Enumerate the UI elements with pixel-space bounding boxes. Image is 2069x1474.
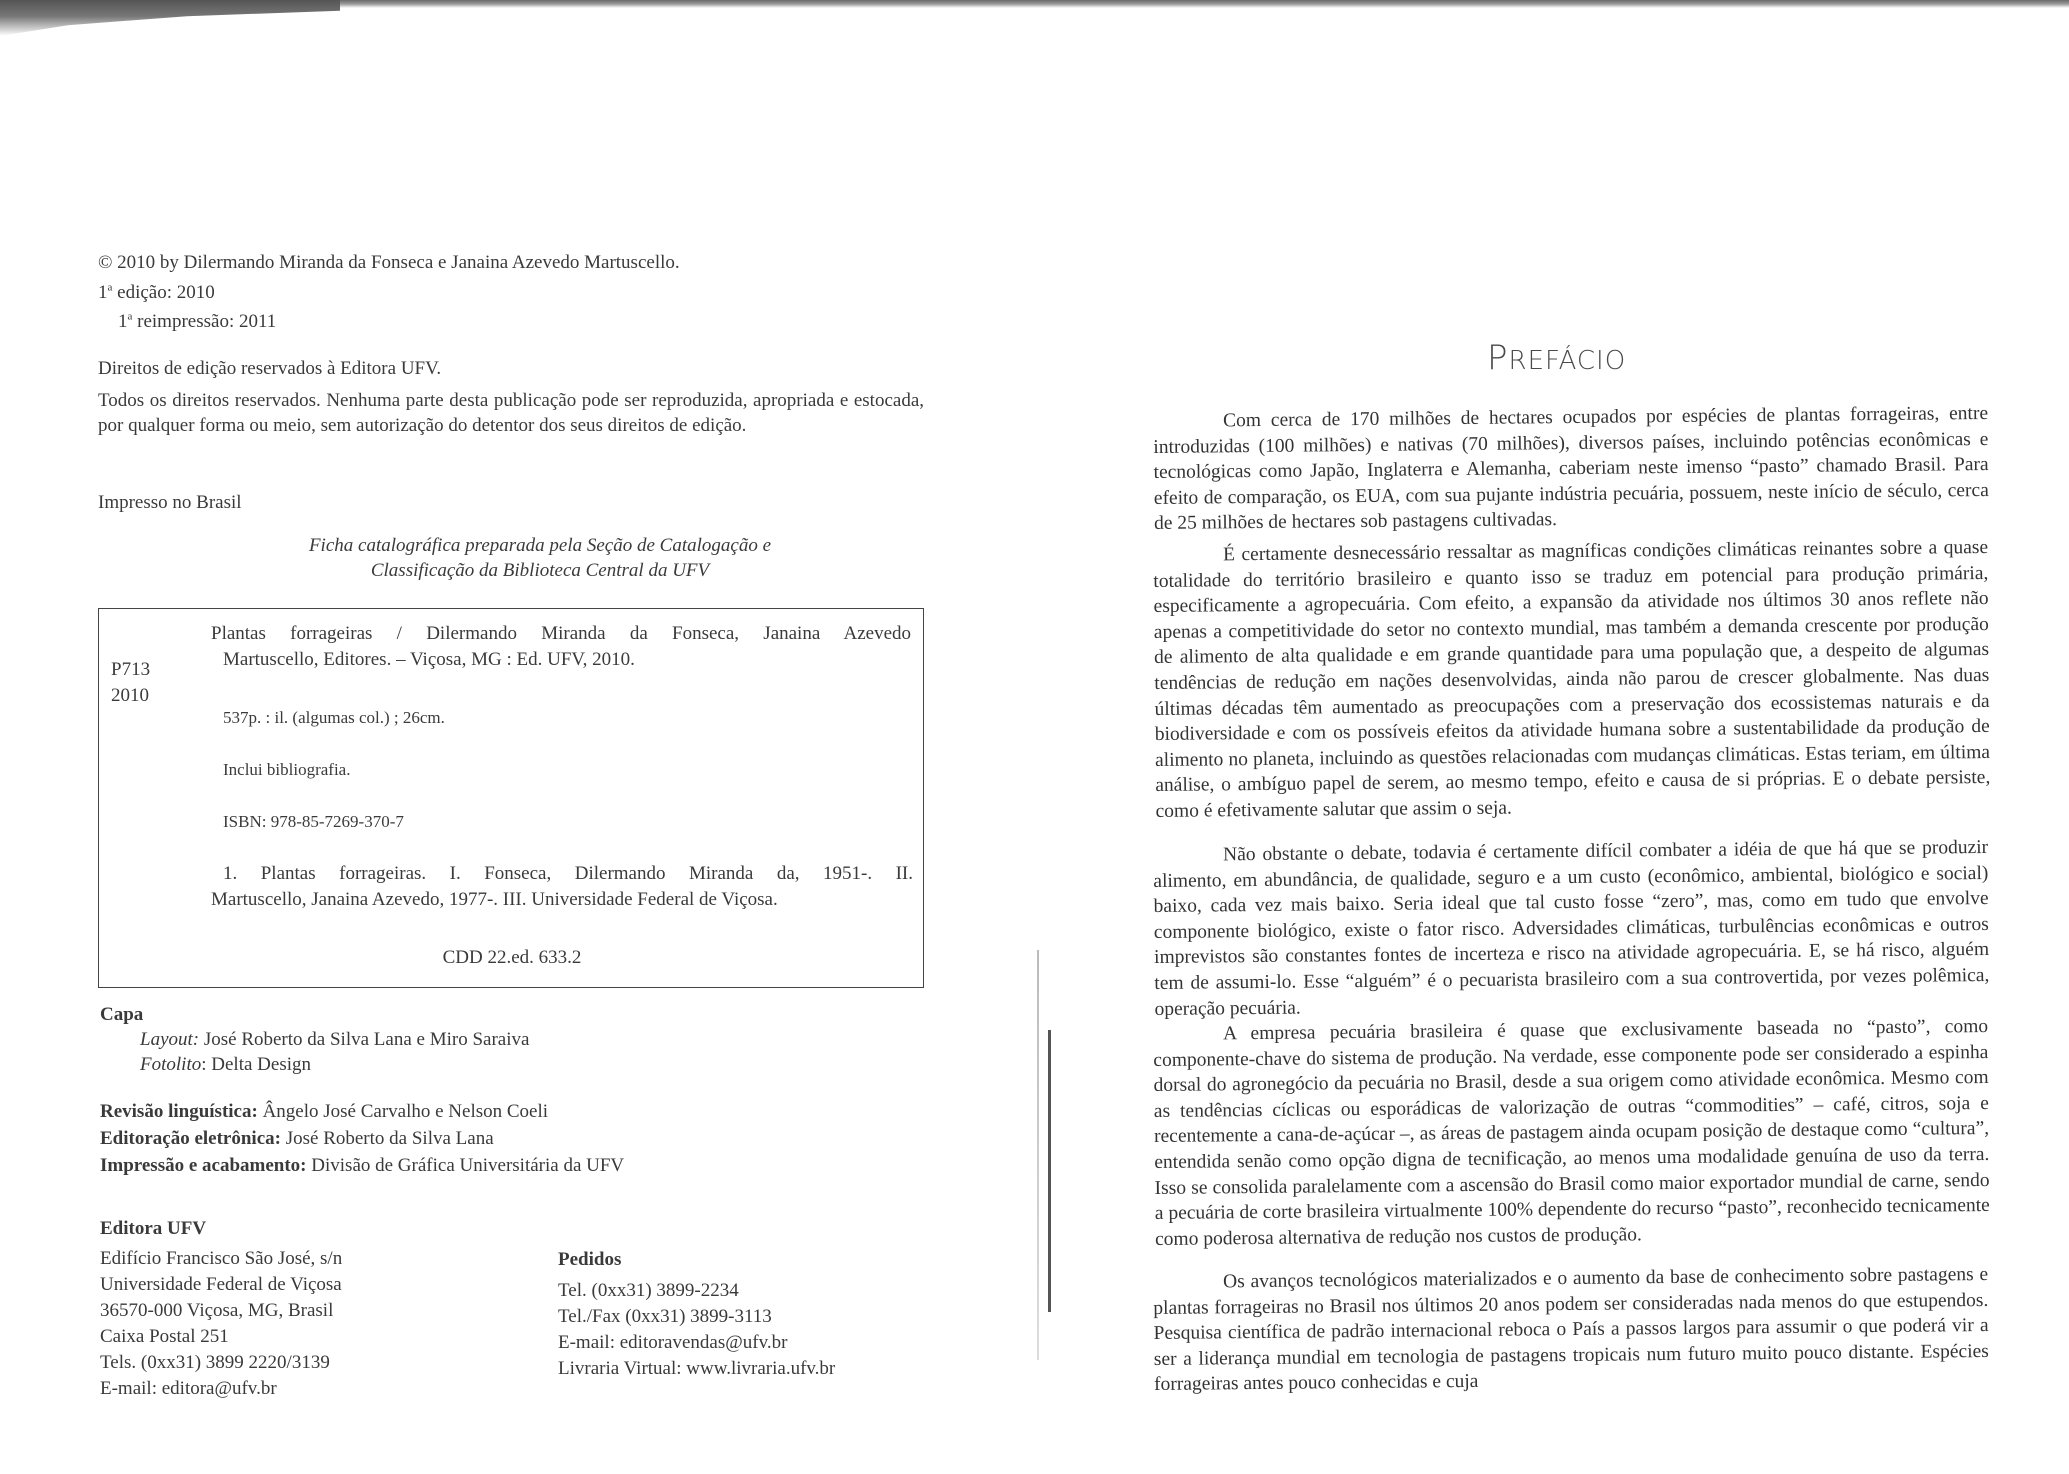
- copyright-page: © 2010 by Dilermando Miranda da Fonseca …: [0, 0, 1030, 1474]
- editoring-line: Editoração eletrônica: José Roberto da S…: [100, 1126, 494, 1152]
- preface-paragraph-5: Os avanços tecnológicos materializados e…: [1153, 1262, 1989, 1398]
- catalog-subjects-line-2: Martuscello, Janaina Azevedo, 1977-. III…: [211, 887, 911, 913]
- ficha-heading: Ficha catalográfica preparada pela Seção…: [180, 533, 900, 583]
- rights-publisher: Direitos de edição reservados à Editora …: [98, 356, 441, 382]
- preface-paragraph-4: A empresa pecuária brasileira é quase qu…: [1153, 1014, 1990, 1252]
- publisher-line: 36570-000 Viçosa, MG, Brasil: [100, 1298, 342, 1324]
- catalog-bibliography: Inclui bibliografia.: [223, 757, 923, 783]
- page-title: PREFÁCIO: [1487, 338, 1626, 378]
- ficha-heading-line-2: Classificação da Biblioteca Central da U…: [180, 558, 900, 583]
- catalog-physical: 537p. : il. (algumas col.) ; 26cm.: [223, 705, 923, 731]
- printed-in: Impresso no Brasil: [98, 490, 242, 516]
- call-number: P713 2010: [111, 657, 150, 709]
- publisher-line: Edifício Francisco São José, s/n: [100, 1246, 342, 1272]
- reprint-line: 1a reimpressão: 2011: [118, 309, 276, 335]
- revision-value: Ângelo José Carvalho e Nelson Coeli: [258, 1101, 548, 1122]
- catalog-subjects-line-1: 1. Plantas forrageiras. I. Fonseca, Dile…: [223, 861, 913, 887]
- edition-ordinal: 1: [98, 282, 108, 303]
- cover-layout-line: Layout: José Roberto da Silva Lana e Mir…: [140, 1027, 529, 1053]
- orders-contacts: Tel. (0xx31) 3899-2234 Tel./Fax (0xx31) …: [558, 1278, 835, 1382]
- ficha-heading-line-1: Ficha catalográfica preparada pela Seção…: [180, 533, 900, 558]
- title-rest: REFÁCIO: [1509, 346, 1627, 376]
- call-number-code: P713: [111, 657, 150, 683]
- editoring-value: José Roberto da Silva Lana: [281, 1128, 494, 1149]
- publisher-email: E-mail: editora@ufv.br: [100, 1376, 342, 1402]
- reprint-label: reimpressão: 2011: [132, 311, 276, 332]
- fotolito-label: Fotolito: [140, 1054, 201, 1075]
- publisher-heading: Editora UFV: [100, 1216, 206, 1242]
- revision-label: Revisão linguística:: [100, 1101, 258, 1122]
- publisher-line: Universidade Federal de Viçosa: [100, 1272, 342, 1298]
- publisher-line: Tels. (0xx31) 3899 2220/3139: [100, 1350, 342, 1376]
- call-number-year: 2010: [111, 683, 150, 709]
- orders-line: Tel. (0xx31) 3899-2234: [558, 1278, 835, 1304]
- layout-label: Layout:: [140, 1029, 199, 1050]
- revision-line: Revisão linguística: Ângelo José Carvalh…: [100, 1099, 548, 1125]
- printing-value: Divisão de Gráfica Universitária da UFV: [307, 1155, 625, 1176]
- catalog-cdd: CDD 22.ed. 633.2: [99, 945, 925, 971]
- catalog-isbn: ISBN: 978-85-7269-370-7: [223, 809, 923, 835]
- preface-paragraph-3: Não obstante o debate, todavia é certame…: [1153, 835, 1990, 1022]
- orders-heading: Pedidos: [558, 1247, 621, 1273]
- catalog-entry-line-1: Plantas forrageiras / Dilermando Miranda…: [211, 621, 911, 647]
- preface-paragraph-2: É certamente desnecessário ressaltar as …: [1153, 535, 1991, 825]
- catalog-entry-line-2: Martuscello, Editores. – Viçosa, MG : Ed…: [223, 647, 923, 673]
- layout-value: José Roberto da Silva Lana e Miro Saraiv…: [199, 1029, 529, 1050]
- reprint-ordinal: 1: [118, 311, 128, 332]
- edition-line: 1a edição: 2010: [98, 280, 215, 306]
- rights-notice: Todos os direitos reservados. Nenhuma pa…: [98, 388, 924, 438]
- printing-line: Impressão e acabamento: Divisão de Gráfi…: [100, 1153, 624, 1179]
- editoring-label: Editoração eletrônica:: [100, 1128, 281, 1149]
- publisher-line: Caixa Postal 251: [100, 1324, 342, 1350]
- orders-line: Tel./Fax (0xx31) 3899-3113: [558, 1304, 835, 1330]
- title-initial: P: [1487, 338, 1509, 378]
- publisher-address: Edifício Francisco São José, s/n Univers…: [100, 1246, 342, 1402]
- fotolito-value: : Delta Design: [201, 1054, 311, 1075]
- copyright-line: © 2010 by Dilermando Miranda da Fonseca …: [98, 250, 680, 276]
- orders-website: Livraria Virtual: www.livraria.ufv.br: [558, 1356, 835, 1382]
- printing-label: Impressão e acabamento:: [100, 1155, 307, 1176]
- catalog-card: P713 2010 Plantas forrageiras / Dilerman…: [98, 608, 924, 988]
- edition-label: edição: 2010: [112, 282, 214, 303]
- cover-fotolito-line: Fotolito: Delta Design: [140, 1052, 311, 1078]
- preface-paragraph-1: Com cerca de 170 milhões de hectares ocu…: [1153, 401, 1989, 537]
- cover-heading: Capa: [100, 1002, 143, 1028]
- orders-email: E-mail: editoravendas@ufv.br: [558, 1330, 835, 1356]
